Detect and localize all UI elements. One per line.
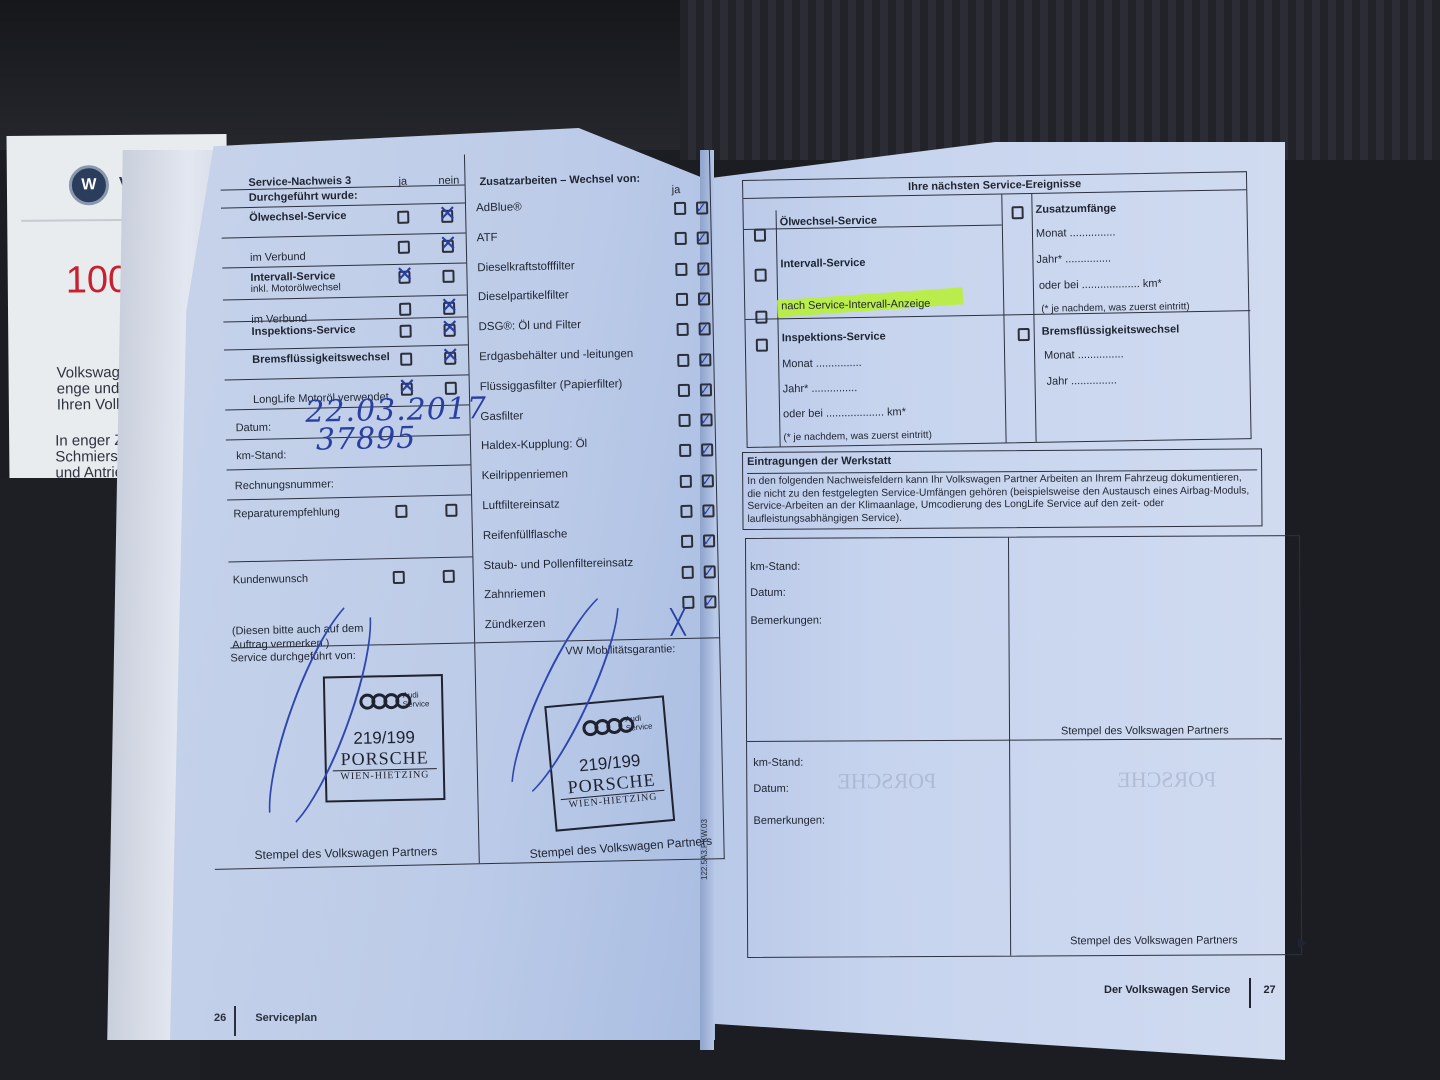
service-label: im Verbund [250,251,306,264]
check-mark-icon: ✓ [701,472,713,490]
extras-row: Dieselkraftstofffilter✓ [467,251,713,285]
service-yes-checkbox[interactable] [398,241,410,254]
inspection-year: Jahr* ............... [783,382,858,395]
service-yes-checkbox[interactable] [397,211,409,224]
extras-row: Erdgasbehälter und -leitungen✓ [469,340,715,374]
extras-yes-checkbox[interactable] [674,202,686,215]
extras-label: Staub- und Pollenfiltereinsatz [483,557,633,572]
service-yes-checkbox[interactable] [400,353,412,366]
extras-column: Zusatzarbeiten – Wechsel von: ja AdBlue®… [465,149,725,863]
inspection-label: Inspektions-Service [782,331,886,345]
check-mark-icon: ✓ [699,381,711,399]
check-mark-icon: ✓ [698,351,710,369]
check-mark-icon: ✓ [701,502,713,520]
repair-yes-checkbox[interactable] [395,505,407,518]
extras-label: Gasfilter [480,410,523,423]
check-mark-icon: ✕ [441,348,460,366]
extras-label: Dieselpartikelfilter [478,290,569,304]
seat-fabric [680,0,1440,160]
repair-label: Reparaturempfehlung [233,506,340,520]
performed-label: Durchgeführt wurde: [249,190,358,204]
extras-yes-checkbox[interactable] [680,474,692,487]
extras-row: Gasfilter✓ [470,400,716,434]
extras-label: Haldex-Kupplung: Öl [481,438,587,452]
check-mark-icon: ✓ [697,321,709,339]
brake-year: Jahr ............... [1046,374,1116,387]
extras-label: Luftfiltereinsatz [482,499,560,513]
extras-label: ATF [477,232,498,244]
stamp-service: Audi Service [625,713,653,733]
footer-separator [234,1006,236,1036]
repair-row: Reparaturempfehlung [227,494,472,559]
extras-yes-checkbox[interactable] [678,414,690,427]
date-label: Datum: [236,422,272,435]
check-mark-icon: ✕ [438,206,457,224]
entry1-remarks-label: Bemerkungen: [750,615,822,627]
invoice-label: Rechnungsnummer: [235,478,334,492]
services-column: Service-Nachweis 3 ja nein Durchgeführt … [220,154,480,868]
divider [1008,538,1011,956]
extras-label: Keilrippenriemen [482,469,569,483]
workshop-title: Eintragungen der Werkstatt [747,455,891,468]
extra-scope-label: Zusatzumfänge [1035,202,1116,215]
service-label: Bremsflüssigkeitswechsel [252,351,390,366]
km-handwritten: 37895 [316,421,417,458]
extras-row: DSG®: Öl und Filter✓ [468,310,714,344]
interval-display-label: nach Service-Intervall-Anzeige [781,298,930,313]
extras-yes-checkbox[interactable] [675,262,687,275]
footer-separator [1249,978,1251,1008]
extra-km: oder bei ................... km* [1039,278,1162,292]
brake-fluid-label: Bremsflüssigkeitswechsel [1042,323,1180,337]
customer-yes-checkbox[interactable] [393,571,405,584]
left-footer: 26 Serviceplan [214,1012,317,1024]
extras-yes-checkbox[interactable] [677,323,689,336]
section-left: Serviceplan [255,1012,317,1024]
interval-service-label: Intervall-Service [780,257,865,270]
check-mark-icon: ✓ [696,260,708,278]
extras-label: DSG®: Öl und Filter [478,319,581,333]
interval-service-checkbox[interactable] [755,269,767,282]
extras-label: Zündkerzen [485,618,546,631]
extras-label: Reifenfüllflasche [483,528,568,542]
extras-row: Luftfiltereinsatz✓ [472,489,718,523]
oil-service-label: Ölwechsel-Service [780,215,877,229]
page-number-right: 27 [1263,984,1275,996]
service-yes-checkbox[interactable] [399,303,411,316]
repair-no-checkbox[interactable] [445,504,457,517]
workshop-entries: Eintragungen der Werkstatt In den folgen… [742,448,1263,530]
entry2-km-label: km-Stand: [753,757,803,769]
check-mark-icon: ✓ [695,199,707,217]
oil-service-checkbox[interactable] [754,229,766,242]
service-no-checkbox[interactable] [442,270,454,283]
stamp-name: PORSCHE [332,747,436,771]
service-label: Ölwechsel-Service [249,210,346,224]
page-number-left: 26 [214,1012,226,1024]
extra-scope-checkbox[interactable] [1012,206,1024,219]
check-mark-icon: ✓ [696,230,708,248]
section-right: Der Volkswagen Service [1104,984,1230,996]
extras-label: Zahnriemen [484,588,546,601]
service-sublabel: inkl. Motorölwechsel [251,282,341,295]
extras-yes-checkbox[interactable] [678,384,690,397]
stamp-footer-mid: Stempel des Volkswagen Partners [529,834,712,861]
entry1-km-label: km-Stand: [750,561,800,573]
divider [1001,194,1007,442]
entry1-stamp-footer: Stempel des Volkswagen Partners [1061,724,1229,737]
customer-no-checkbox[interactable] [443,570,455,583]
divider [747,738,1282,742]
workshop-text: In den folgenden Nachweisfeldern kann Ih… [747,469,1257,526]
check-mark-icon: ✓ [700,442,712,460]
check-mark-icon: ✕ [395,267,414,285]
extras-row: Staub- und Pollenfiltereinsatz✓ [473,549,719,583]
show-through-stamp: PORSCHE [1117,767,1216,794]
extras-label: Dieselkraftstofffilter [477,260,575,274]
entry2-stamp-footer: Stempel des Volkswagen Partners [1070,934,1238,947]
entry2-date-label: Datum: [753,783,789,795]
extra-month: Monat ............... [1036,226,1116,239]
extras-yes-checkbox[interactable] [681,535,693,548]
customer-label: Kundenwunsch [233,573,308,587]
inspection-note: (* je nachdem, was zuerst eintritt) [783,430,932,444]
divider [776,210,781,446]
service-row: Intervall-Serviceinkl. Motorölwechsel✕ [222,262,467,299]
entry1-date-label: Datum: [750,587,786,599]
extras-yes-checkbox[interactable] [682,565,694,578]
service-label: Inspektions-Service [251,324,355,338]
brake-month: Monat ............... [1044,348,1124,361]
workshop-grid: km-Stand: Datum: Bemerkungen: Stempel de… [745,535,1302,958]
extras-label: Erdgasbehälter und -leitungen [479,348,633,363]
extras-title: Zusatzarbeiten – Wechsel von: [479,173,640,188]
extras-row: ATF✓ [466,221,712,255]
next-service-events: Ihre nächsten Service-Ereignisse Ölwechs… [742,171,1252,448]
extra-year: Jahr* ............... [1036,253,1111,266]
km-label: km-Stand: [236,449,286,462]
show-through-stamp: PORSCHE [837,768,936,795]
right-footer: Der Volkswagen Service 27 [1104,984,1276,996]
extras-yes-checkbox[interactable] [675,232,687,245]
print-code: 122.5A3.PKW.03 [700,819,709,880]
extras-yes-checkbox[interactable] [677,353,689,366]
entry2-remarks-label: Bemerkungen: [753,815,825,827]
extras-yes-checkbox[interactable] [679,444,691,457]
interval-display-checkbox[interactable] [755,311,767,324]
extras-row: Dieselpartikelfilter✓ [468,281,714,315]
stamp-city: WIEN-HIETZING [327,769,443,782]
next-page-arrow-icon [1298,938,1307,948]
check-mark-icon: ✕ [439,236,458,254]
check-mark-icon: ✓ [697,290,709,308]
check-mark-icon: ✕ [440,298,459,316]
check-mark-icon: ✓ [699,411,711,429]
extras-label: AdBlue® [476,201,522,214]
extras-row: Haldex-Kupplung: Öl✓ [471,430,717,464]
extras-yes-checkbox[interactable] [676,293,688,306]
check-mark-icon: ✕ [440,320,459,338]
brake-fluid-checkbox[interactable] [1018,328,1030,341]
inspection-month: Monat ............... [782,357,862,370]
vw-logo-icon: W [69,165,109,205]
extras-yes-checkbox[interactable] [682,596,694,609]
extras-row: AdBlue®✓ [466,191,712,225]
extras-row: Reifenfüllflasche✓ [473,519,719,553]
stamp-footer-left: Stempel des Volkswagen Partners [254,844,437,862]
service-yes-checkbox[interactable] [399,325,411,338]
extras-label: Flüssiggasfilter (Papierfilter) [480,378,623,393]
inspection-checkbox[interactable] [756,339,768,352]
extras-row: Flüssiggasfilter (Papierfilter)✓ [470,370,716,404]
cross-mark-icon: ╳ [671,613,686,631]
inspection-km: oder bei ................... km* [783,406,906,420]
stamp-service: Audi Service [402,690,429,709]
extras-yes-checkbox[interactable] [680,505,692,518]
extras-row: Keilrippenriemen✓ [471,459,717,493]
